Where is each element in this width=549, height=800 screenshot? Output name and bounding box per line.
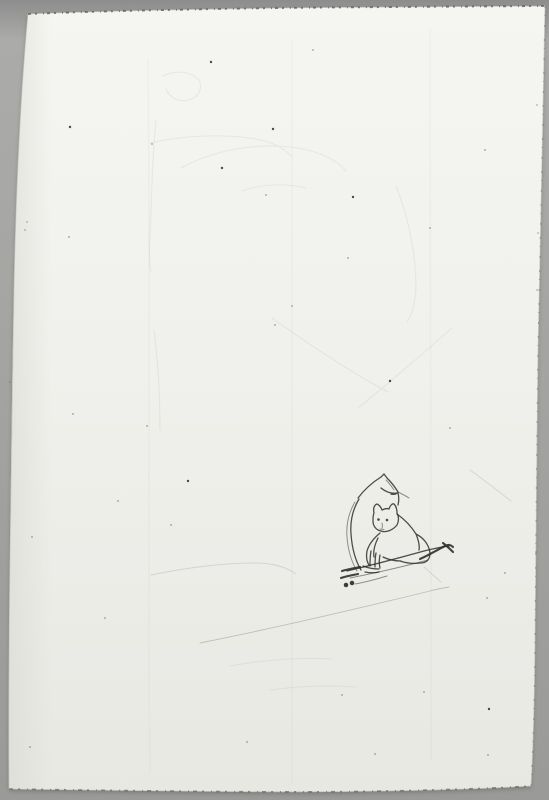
paper-group [9, 6, 545, 792]
paper-left-shading [9, 6, 545, 792]
artwork-photo [0, 0, 549, 800]
artwork-scan [0, 0, 549, 800]
